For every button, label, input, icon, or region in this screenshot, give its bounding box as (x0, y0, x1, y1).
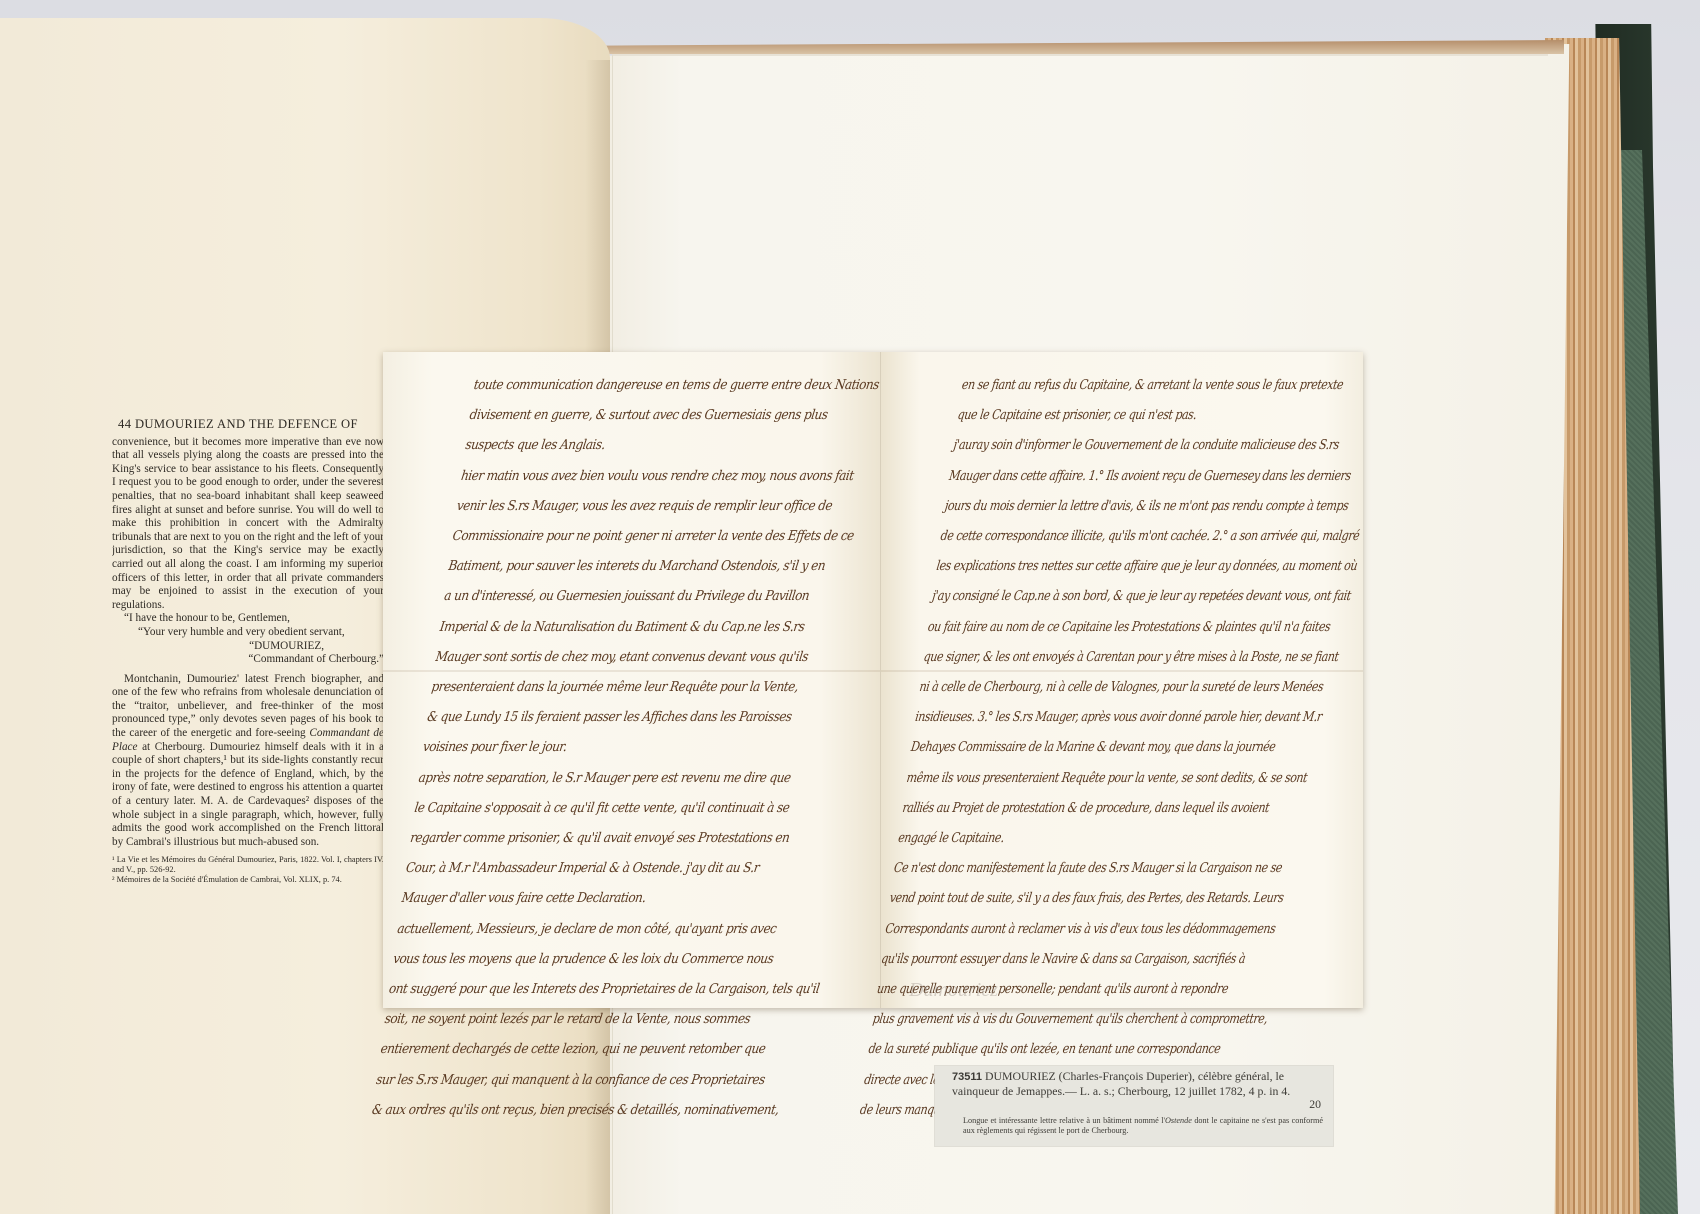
manuscript-line: Correspondants auront à reclamer vis à v… (883, 914, 1308, 944)
manuscript-line: Mauger d'aller vous faire cette Declarat… (400, 883, 834, 913)
manuscript-line: le Capitaine s'opposait à ce qu'il fit c… (412, 793, 846, 823)
manuscript-line: & aux ordres qu'ils ont reçus, bien prec… (370, 1095, 804, 1125)
entry-name: DUMOURIEZ (985, 1069, 1056, 1083)
letter-right-leaf: en se fiant au refus du Capitaine, & arr… (881, 352, 1363, 1008)
manuscript-line: actuellement, Messieurs, je declare de m… (395, 914, 829, 944)
manuscript-line: plus gravement vis à vis du Gouvernement… (871, 1004, 1296, 1034)
lot-price: 20 (1309, 1097, 1321, 1112)
printed-paragraph: Montchanin, Dumouriez' latest French bio… (112, 673, 384, 850)
manuscript-line: ni à celle de Cherbourg, ni à celle de V… (917, 672, 1342, 702)
manuscript-line: soit, ne soyent point lezés par le retar… (383, 1004, 817, 1034)
text-run: at Cherbourg. Dumouriez himself deals wi… (112, 741, 384, 848)
closing-title: “Commandant of Cherbourg.” (112, 653, 384, 667)
manuscript-line: Batiment, pour sauver les interets du Ma… (446, 551, 880, 581)
right-page-top-edge (604, 40, 1564, 54)
manuscript-line: regarder comme prisonier, & qu'il avait … (408, 823, 842, 853)
lot-number: 73511 (952, 1071, 982, 1083)
manuscript-line: qu'ils pourront essuyer dans le Navire &… (879, 944, 1304, 974)
manuscript-line: de la sureté publique qu'ils ont lezée, … (866, 1034, 1291, 1064)
manuscript-line: j'auray soin d'informer le Gouvernement … (951, 430, 1376, 460)
manuscript-line: ou fait faire au nom de ce Capitaine les… (926, 612, 1351, 642)
running-header: 44 DUMOURIEZ AND THE DEFENCE OF (118, 418, 384, 432)
manuscript-line: Dehayes Commissaire de la Marine & devan… (909, 732, 1334, 762)
manuscript-line: voisines pour fixer le jour. (421, 732, 855, 762)
printed-text-column: 44 DUMOURIEZ AND THE DEFENCE OF convenie… (112, 418, 384, 885)
manuscript-line: divisement en guerre, & surtout avec des… (468, 400, 902, 430)
manuscript-line: ont suggeré pour que les Interets des Pr… (387, 974, 821, 1004)
manuscript-line: engagé le Capitaine. (896, 823, 1321, 853)
manuscript-line: même ils vous presenteraient Requête pou… (905, 763, 1330, 793)
manuscript-line: presenteraient dans la journée même leur… (429, 672, 863, 702)
manuscript-line: a un d'interessé, ou Guernesien jouissan… (442, 581, 876, 611)
manuscript-line: Cour, à M.r l'Ambassadeur Imperial & à O… (404, 853, 838, 883)
manuscript-line: sur les S.rs Mauger, qui manquent à la c… (374, 1065, 808, 1095)
manuscript-line: hier matin vous avez bien voulu vous ren… (459, 461, 893, 491)
manuscript-letter: toute communication dangereuse en tems d… (383, 352, 1363, 1008)
handwritten-text-right: en se fiant au refus du Capitaine, & arr… (858, 370, 1478, 1125)
manuscript-line: ralliés au Projet de protestation & de p… (900, 793, 1325, 823)
italic-run: Ostende (1165, 1116, 1192, 1125)
footnote: ¹ La Vie et les Mémoires du Général Dumo… (112, 855, 384, 875)
closing-signature: “DUMOURIEZ, (112, 640, 384, 654)
lot-description: Longue et intéressante lettre relative à… (963, 1116, 1323, 1136)
letter-left-leaf: toute communication dangereuse en tems d… (383, 352, 881, 1008)
ghost-signature: Dumouriez (909, 979, 998, 1002)
manuscript-line: & que Lundy 15 ils feraient passer les A… (425, 702, 859, 732)
manuscript-line: Imperial & de la Naturalisation du Batim… (438, 612, 872, 642)
manuscript-line: Mauger sont sortis de chez moy, etant co… (434, 642, 868, 672)
manuscript-line: insidieuses. 3.° les S.rs Mauger, après … (913, 702, 1338, 732)
closing-line: “I have the honour to be, Gentlemen, (112, 612, 384, 626)
manuscript-line: vend point tout de suite, s'il y a des f… (888, 883, 1313, 913)
closing-line: “Your very humble and very obedient serv… (112, 626, 384, 640)
manuscript-line: Ce n'est donc manifestement la faute des… (892, 853, 1317, 883)
manuscript-line: jours du mois dernier la lettre d'avis, … (943, 491, 1368, 521)
manuscript-line: après notre separation, le S.r Mauger pe… (417, 763, 851, 793)
manuscript-line: j'ay consigné le Cap.ne à son bord, & qu… (930, 581, 1355, 611)
manuscript-line: entierement dechargés de cette lezion, q… (378, 1034, 812, 1064)
manuscript-line: que signer, & les ont envoyés à Carentan… (922, 642, 1347, 672)
manuscript-line: les explications tres nettes sur cette a… (934, 551, 1359, 581)
manuscript-line: toute communication dangereuse en tems d… (472, 370, 906, 400)
text-run: Longue et intéressante lettre relative à… (963, 1116, 1165, 1125)
manuscript-line: que le Capitaine est prisonier, ce qui n… (956, 400, 1381, 430)
manuscript-line: de cette correspondance illicite, qu'ils… (939, 521, 1364, 551)
printed-paragraph: convenience, but it becomes more imperat… (112, 436, 384, 613)
catalog-entry: 73511 DUMOURIEZ (Charles-François Duperi… (952, 1070, 1324, 1098)
manuscript-line: suspects que les Anglais. (463, 430, 897, 460)
manuscript-line: en se fiant au refus du Capitaine, & arr… (960, 370, 1385, 400)
manuscript-line: venir les S.rs Mauger, vous les avez req… (455, 491, 889, 521)
catalog-clipping: 73511 DUMOURIEZ (Charles-François Duperi… (935, 1066, 1333, 1146)
manuscript-line: Mauger dans cette affaire. 1.° Ils avoie… (947, 461, 1372, 491)
footnote: ² Mémoires de la Société d'Émulation de … (112, 875, 384, 885)
manuscript-line: vous tous les moyens que la prudence & l… (391, 944, 825, 974)
manuscript-line: Commissionaire pour ne point gener ni ar… (451, 521, 885, 551)
